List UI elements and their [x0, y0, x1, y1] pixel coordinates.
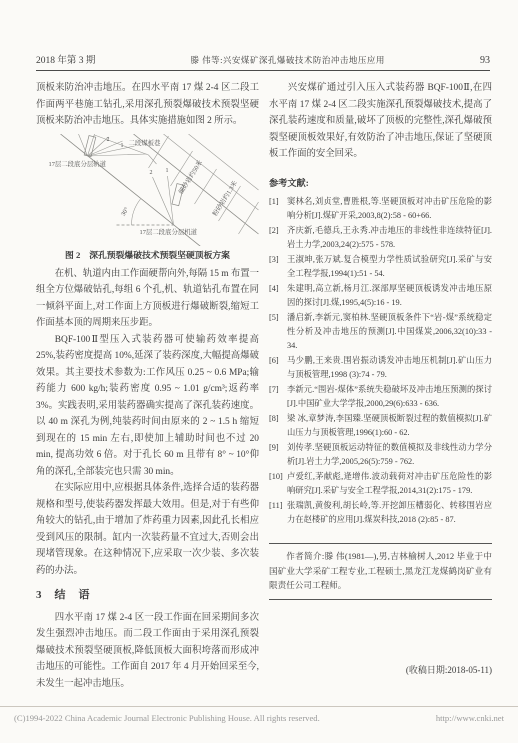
reference-number: [3] — [269, 253, 279, 267]
author-bio: 作者简介:滕 伟(1981—),男,吉林榆树人,2012 毕业于中国矿业大学采矿… — [269, 543, 492, 600]
reference-number: [7] — [269, 383, 279, 397]
reference-number: [8] — [269, 412, 279, 426]
paragraph: 顶板来防治冲击地压。在四水平南 17 煤 2-4 区二段工作面两平巷施工钻孔,采… — [36, 80, 259, 130]
reference-item: [7] 李新元.“围岩-煤体”系统失稳破坏及冲击地压预测的探讨[J].中国矿业大… — [269, 383, 492, 411]
figure-2: 二段煤板巷 2 1 17层二段底分层轨道 2 1 30° 17层二段底分层机道 … — [36, 134, 259, 262]
paragraph: 在实际应用中,应根据具体条件,选择合适的装药器规格和型号,使装药器发挥最大效用。… — [36, 480, 259, 579]
lower-borehole-fan — [153, 176, 184, 225]
reference-text: 张瑞凯,黄俊利,胡长岭,等.开挖卸压槽弱化、转移围岩应力在赵楼矿的应用[J].煤… — [287, 501, 492, 524]
fig-label-rail-gateway: 17层二段底分层轨道 — [49, 159, 107, 168]
references-heading: 参考文献: — [269, 175, 492, 192]
paragraph: 在机、轨道内由工作面硬帮向外,每隔 15 m 布置一组全方位爆破钻孔,每组 6 … — [36, 266, 259, 332]
fig-hole-number: 1 — [121, 143, 124, 149]
reference-text: 窦林名,刘贞堂,曹胜根,等.坚硬顶板对冲击矿压危险的影响分析[J].煤矿开采,2… — [287, 197, 492, 220]
page-body: 顶板来防治冲击地压。在四水平南 17 煤 2-4 区二段工作面两平巷施工钻孔,采… — [36, 80, 492, 692]
reference-text: 齐庆新,毛德兵,王永秀.冲击地压的非线性非连续特征[J].岩土力学,2003,2… — [287, 226, 492, 249]
page-number: 93 — [480, 55, 490, 66]
fig-label-machine-gateway: 17层二段底分层机道 — [140, 227, 198, 236]
copyright-notice: (C)1994-2022 China Academic Journal Elec… — [14, 713, 320, 743]
reference-text: 王淑坤,张万斌.复合模型力学性质试验研究[J].采矿与安全工程学报,1994(1… — [287, 255, 492, 278]
fig-hole-number: 2 — [150, 170, 153, 176]
reference-item: [3] 王淑坤,张万斌.复合模型力学性质试验研究[J].采矿与安全工程学报,19… — [269, 253, 492, 281]
reference-item: [8] 梁 冰,章梦涛,李国臻.坚硬顶板断裂过程的数值模拟[J].矿山压力与顶板… — [269, 412, 492, 440]
reference-item: [1] 窦林名,刘贞堂,曹胜根,等.坚硬顶板对冲击矿压危险的影响分析[J].煤矿… — [269, 195, 492, 223]
reference-text: 刘传孝.坚硬顶板运动特征的数值模拟及非线性动力学分析[J].岩土力学,2005,… — [287, 443, 492, 466]
reference-item: [4] 朱建明,高立新,杨月江.深部厚坚硬顶板诱发冲击地压原因的探讨[J].煤,… — [269, 282, 492, 310]
reference-number: [10] — [269, 470, 283, 484]
running-title: 滕 伟等:兴安煤矿深孔爆破技术防治冲击地压应用 — [190, 54, 385, 66]
reference-text: 朱建明,高立新,杨月江.深部厚坚硬顶板诱发冲击地压原因的探讨[J].煤,1995… — [287, 284, 492, 307]
fig-label-top-roadway: 二段煤板巷 — [129, 138, 162, 147]
fig-hole-number: 1 — [166, 168, 169, 174]
cnki-url: http://www.cnki.net — [436, 713, 504, 743]
page-footer: (C)1994-2022 China Academic Journal Elec… — [0, 706, 518, 743]
figure-2-diagram: 二段煤板巷 2 1 17层二段底分层轨道 2 1 30° 17层二段底分层机道 … — [36, 134, 259, 246]
upper-borehole-fan — [79, 134, 157, 164]
reference-text: 马少鹏,王来贵.围岩振动诱发冲击地压机制[J].矿山压力与顶板管理,1998 (… — [287, 356, 492, 379]
received-date: (收稿日期:2018-05-11) — [269, 662, 492, 679]
issue-label: 2018 年第 3 期 — [36, 52, 95, 66]
journal-page: 2018 年第 3 期 滕 伟等:兴安煤矿深孔爆破技术防治冲击地压应用 93 顶… — [0, 0, 518, 743]
reference-text: 梁 冰,章梦涛,李国臻.坚硬顶板断裂过程的数值模拟[J].矿山压力与顶板管理,1… — [287, 414, 492, 437]
left-column: 顶板来防治冲击地压。在四水平南 17 煤 2-4 区二段工作面两平巷施工钻孔,采… — [36, 80, 259, 692]
reference-number: [11] — [269, 499, 283, 513]
reference-number: [4] — [269, 282, 279, 296]
reference-text: 潘启新,李新元,窦柏林.坚硬顶板条件下“岩-煤”系统稳定性分析及冲击地压的预测[… — [287, 313, 492, 350]
reference-item: [6] 马少鹏,王来贵.围岩振动诱发冲击地压机制[J].矿山压力与顶板管理,19… — [269, 354, 492, 382]
reference-number: [5] — [269, 311, 279, 325]
fig-hole-number: 2 — [107, 137, 110, 143]
references-list: [1] 窦林名,刘贞堂,曹胜根,等.坚硬顶板对冲击矿压危险的影响分析[J].煤矿… — [269, 195, 492, 527]
reference-item: [11] 张瑞凯,黄俊利,胡长岭,等.开挖卸压槽弱化、转移围岩应力在赵楼矿的应用… — [269, 499, 492, 527]
paragraph: 兴安煤矿通过引入压入式装药器 BQF-100Ⅱ,在四水平南 17 煤 2-4 区… — [269, 80, 492, 163]
reference-item: [5] 潘启新,李新元,窦柏林.坚硬顶板条件下“岩-煤”系统稳定性分析及冲击地压… — [269, 311, 492, 353]
reference-number: [2] — [269, 224, 279, 238]
reference-item: [2] 齐庆新,毛德兵,王永秀.冲击地压的非线性非连续特征[J].岩土力学,20… — [269, 224, 492, 252]
fig-label-angle: 30° — [120, 205, 131, 217]
section-3-heading: 3 结 语 — [36, 587, 259, 604]
reference-number: [9] — [269, 441, 279, 455]
figure-2-caption: 图 2 深孔预裂爆破技术预裂坚硬顶板方案 — [36, 248, 259, 262]
fig-label-stratum1: 细砂岩约50米 — [176, 157, 204, 195]
paragraph: 四水平南 17 煤 2-4 区一段工作面在回采期间多次发生强烈冲击地压。而二段工… — [36, 610, 259, 693]
page-header: 2018 年第 3 期 滕 伟等:兴安煤矿深孔爆破技术防治冲击地压应用 93 — [36, 46, 490, 71]
right-column: 兴安煤矿通过引入压入式装药器 BQF-100Ⅱ,在四水平南 17 煤 2-4 区… — [269, 80, 492, 692]
reference-text: 李新元.“围岩-煤体”系统失稳破坏及冲击地压预测的探讨[J].中国矿业大学学报,… — [287, 385, 492, 408]
reference-text: 卢爱红,茅献彪,逄增伟.波动载荷对冲击矿压危险性的影响研究[J].采矿与安全工程… — [287, 472, 492, 495]
reference-item: [9] 刘传孝.坚硬顶板运动特征的数值模拟及非线性动力学分析[J].岩土力学,2… — [269, 441, 492, 469]
paragraph: BQF-100Ⅱ型压入式装药器可使输药效率提高 25%,装药密度提高 10%,延… — [36, 332, 259, 481]
reference-item: [10] 卢爱红,茅献彪,逄增伟.波动载荷对冲击矿压危险性的影响研究[J].采矿… — [269, 470, 492, 498]
reference-number: [1] — [269, 195, 279, 209]
reference-number: [6] — [269, 354, 279, 368]
